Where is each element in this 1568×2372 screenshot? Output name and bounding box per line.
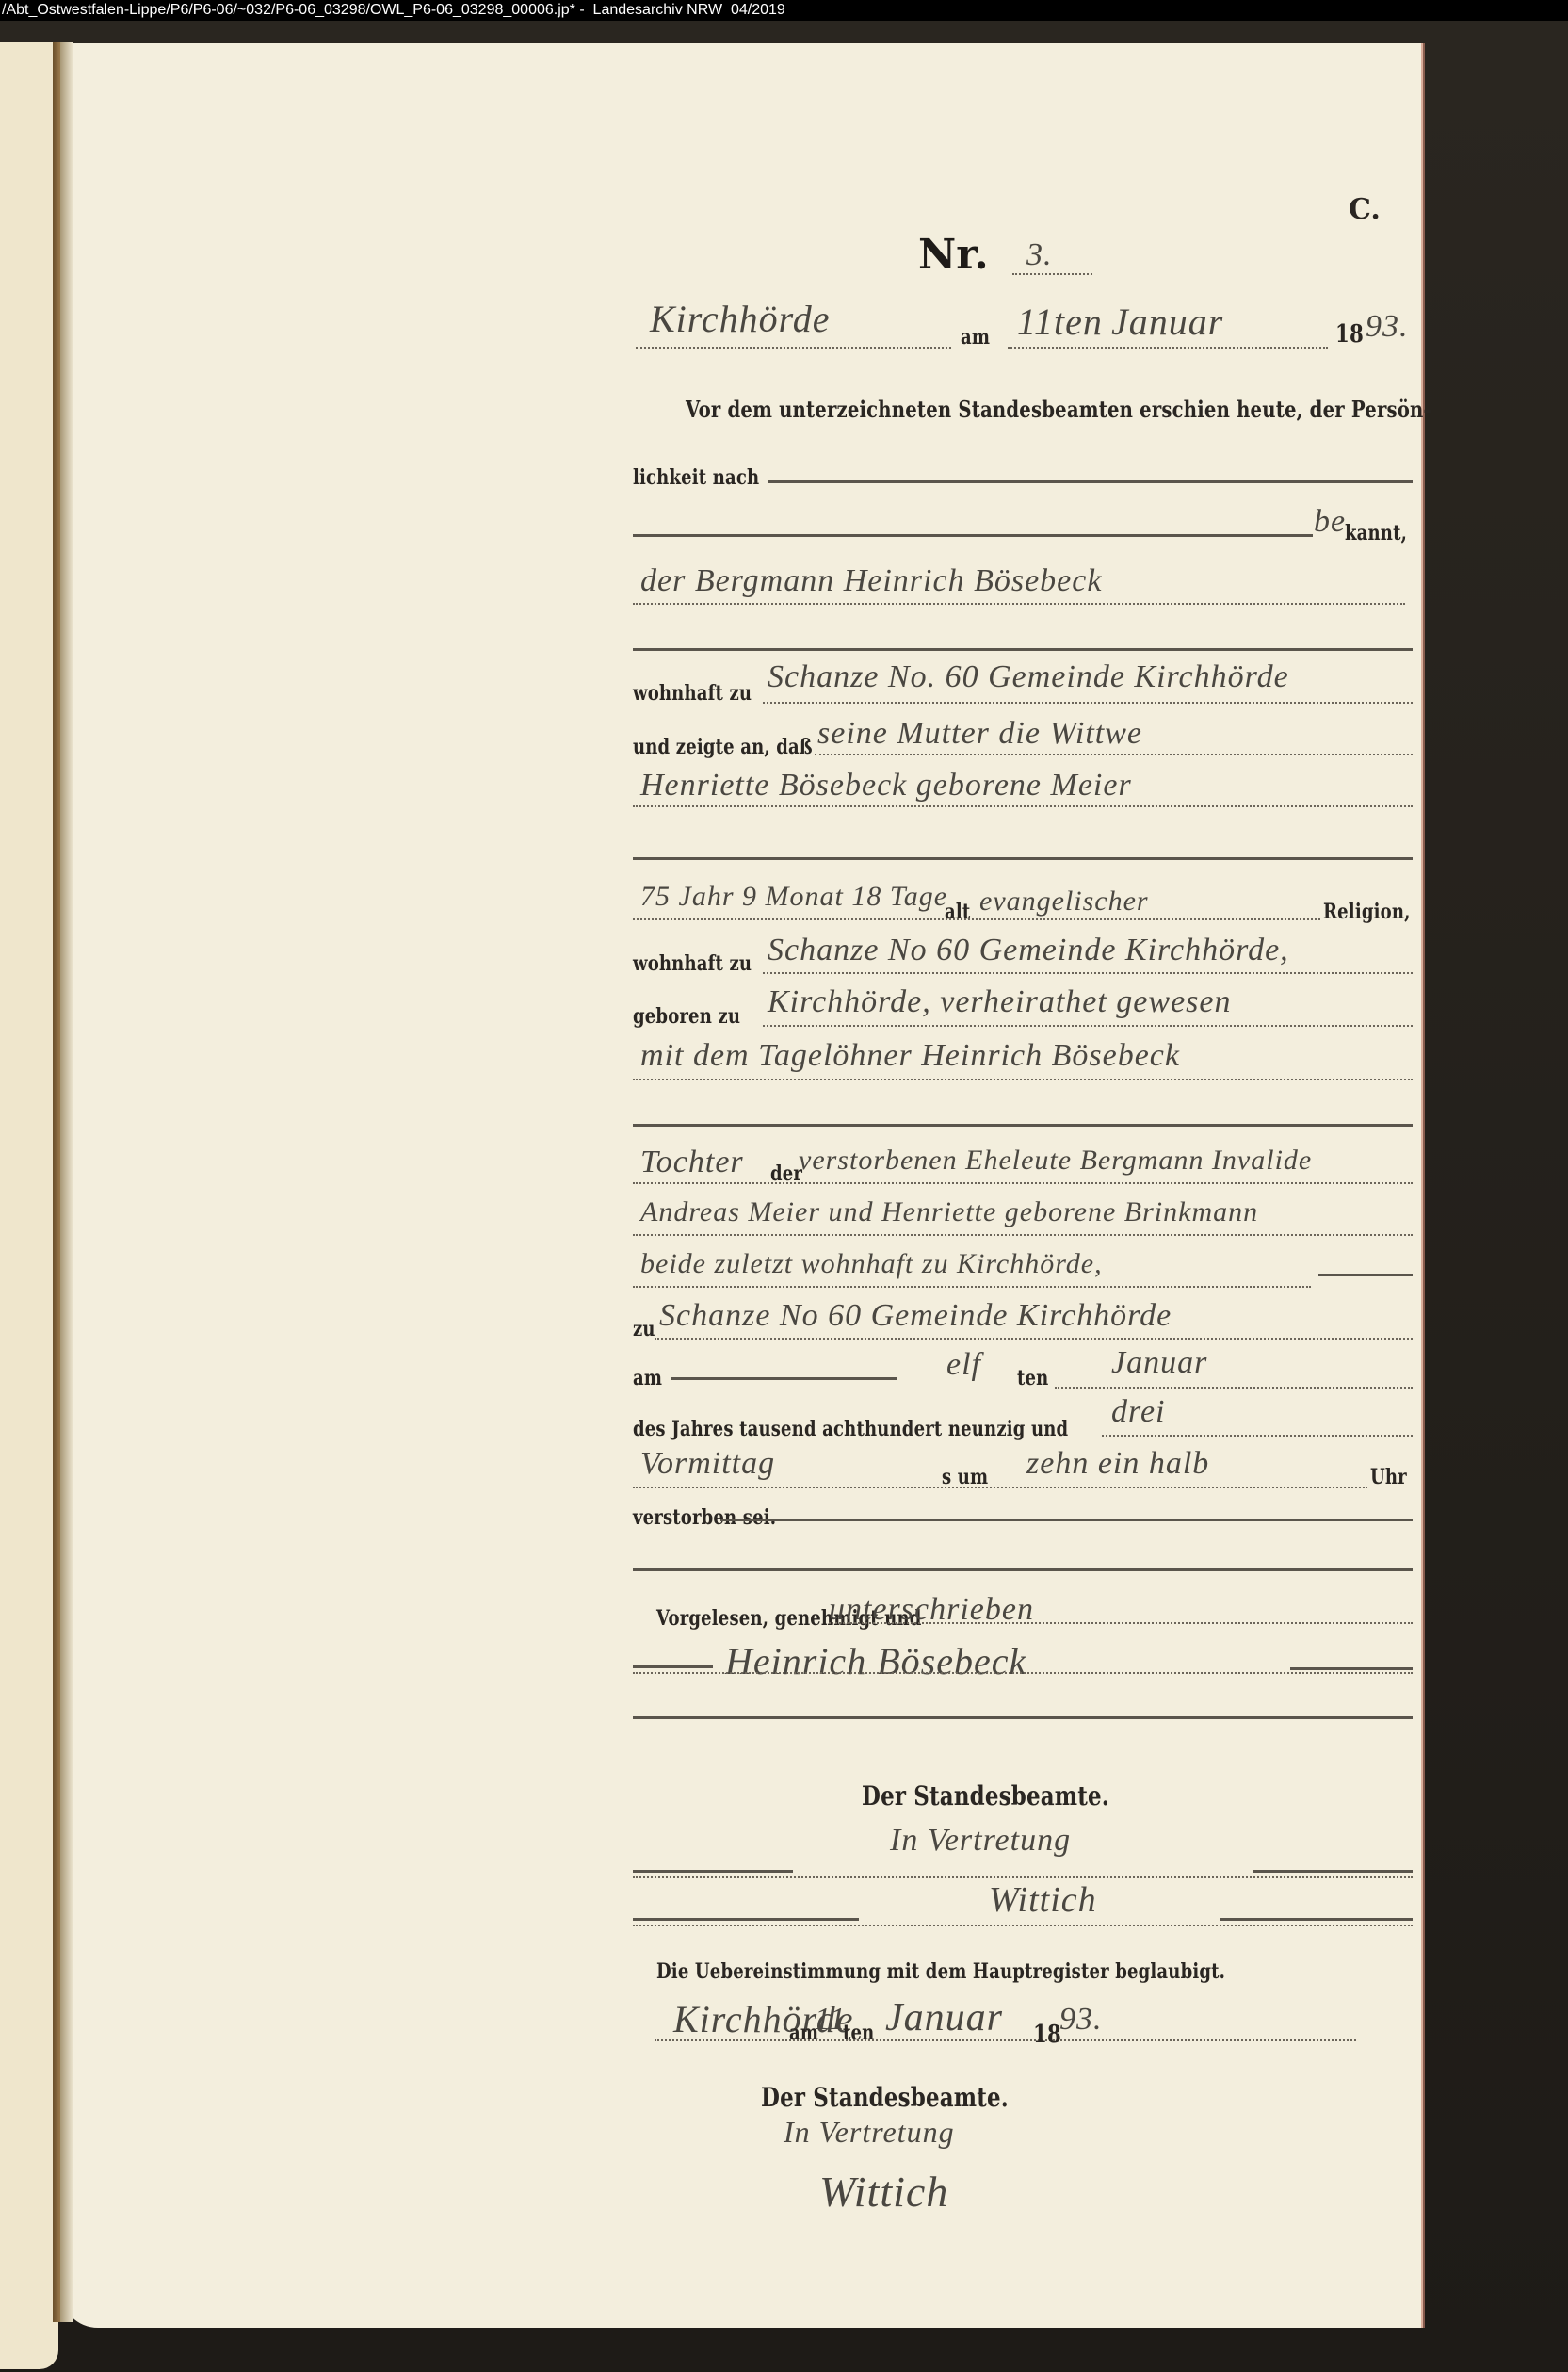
time-rule xyxy=(633,1487,1367,1488)
form-letter: C. xyxy=(1349,193,1381,226)
zeigte-rule xyxy=(815,754,1413,755)
registrar-sig-rule-right xyxy=(1220,1918,1413,1921)
religion-value: evangelischer xyxy=(979,885,1149,918)
vorgelesen-rule xyxy=(829,1622,1413,1624)
wohnhaft2-label: wohnhaft zu xyxy=(633,951,752,976)
wohnhaft2-rule xyxy=(763,972,1413,974)
document-content: C. Nr. 3. Kirchhörde am 11ten Januar 18 … xyxy=(0,0,1568,2372)
cert-year-suffix: 93. xyxy=(1059,2002,1103,2038)
parents-line-3: beide zuletzt wohnhaft zu Kirchhörde, xyxy=(640,1248,1103,1280)
death-year-rule xyxy=(1102,1435,1413,1437)
blank-rule-4 xyxy=(633,1568,1413,1571)
geboren-label: geboren zu xyxy=(633,1004,740,1029)
header-date-rule xyxy=(1008,347,1328,349)
married-value: mit dem Tagelöhner Heinrich Bösebeck xyxy=(640,1038,1180,1074)
parents-line-2: Andreas Meier und Henriette geborene Bri… xyxy=(640,1196,1258,1228)
wohnhaft-value: Schanze No. 60 Gemeinde Kirchhörde xyxy=(768,659,1289,695)
signature-rule-left xyxy=(633,1665,713,1668)
header-year-prefix: 18 xyxy=(1335,320,1364,349)
cert-year-prefix: 18 xyxy=(1033,2021,1061,2049)
married-rule xyxy=(633,1079,1413,1080)
death-place: Schanze No 60 Gemeinde Kirchhörde xyxy=(659,1298,1172,1334)
jahres-label: des Jahres tausend achthundert neunzig u… xyxy=(633,1417,1068,1441)
am-label: am xyxy=(633,1366,662,1390)
cert-vertretung: In Vertretung xyxy=(784,2115,955,2150)
informant-signature: Heinrich Bösebeck xyxy=(725,1639,1026,1683)
age-value: 75 Jahr 9 Monat 18 Tage xyxy=(640,881,947,913)
signature-rule-right xyxy=(1290,1667,1413,1670)
cert-signature: Wittich xyxy=(819,2167,948,2217)
time-of-day: Vormittag xyxy=(640,1446,775,1482)
header-month: Januar xyxy=(1111,300,1223,344)
death-month: Januar xyxy=(1111,1345,1207,1381)
geboren-rule xyxy=(763,1025,1413,1027)
deceased-name: Henriette Bösebeck geborene Meier xyxy=(640,768,1132,804)
certification-label: Die Uebereinstimmung mit dem Hauptregist… xyxy=(656,1959,1225,1984)
verstorben-label: verstorben sei. xyxy=(633,1505,776,1530)
alt-label: alt xyxy=(945,900,970,924)
registrar-sig-rule xyxy=(633,1925,1413,1926)
geboren-value: Kirchhörde, verheirathet gewesen xyxy=(768,984,1231,1020)
registrar-sig-rule-left xyxy=(633,1918,859,1921)
death-day: elf xyxy=(946,1347,981,1383)
signature-rule xyxy=(633,1672,1413,1674)
time-value: zehn ein halb xyxy=(1026,1446,1209,1482)
persoenlichkeit-label: lichkeit nach xyxy=(633,465,759,490)
parents-rule-1 xyxy=(633,1182,1413,1184)
registrar-rule-left xyxy=(633,1870,793,1873)
zeigte-label: und zeigte an, daß xyxy=(633,735,813,759)
informant-name: der Bergmann Heinrich Bösebeck xyxy=(640,563,1102,599)
intro-line-1: Vor dem unterzeichneten Standesbeamten e… xyxy=(686,396,1431,423)
parents-line-1: verstorbenen Eheleute Bergmann Invalide xyxy=(799,1145,1312,1177)
header-year-suffix: 93. xyxy=(1366,309,1409,345)
wohnhaft-label: wohnhaft zu xyxy=(633,681,752,706)
wohnhaft2-value: Schanze No 60 Gemeinde Kirchhörde, xyxy=(768,933,1289,968)
header-place: Kirchhörde xyxy=(650,297,830,341)
zeigte-value: seine Mutter die Wittwe xyxy=(817,716,1142,752)
bekannt-print: kannt, xyxy=(1345,521,1407,545)
uhr-label: Uhr xyxy=(1370,1465,1407,1489)
registrar-signature: Wittich xyxy=(989,1879,1097,1921)
record-number-value: 3. xyxy=(1026,237,1053,273)
death-year-word: drei xyxy=(1111,1394,1166,1430)
header-place-rule xyxy=(636,347,951,349)
informant-rule xyxy=(633,603,1405,605)
registrar-rule-right xyxy=(1253,1870,1413,1873)
am-rule xyxy=(671,1377,897,1380)
cert-date-rule xyxy=(655,2039,1356,2041)
parents-rule-3-fill xyxy=(1318,1274,1413,1276)
bekannt-rule xyxy=(633,534,1313,537)
cert-day: 11 xyxy=(815,2002,846,2038)
zu-label: zu xyxy=(633,1317,655,1341)
cert-ten-label: ten xyxy=(843,2021,874,2045)
verstorben-rule xyxy=(720,1519,1413,1521)
registrar-vertretung: In Vertretung xyxy=(890,1823,1071,1859)
religion-label: Religion, xyxy=(1323,900,1411,924)
deceased-rule xyxy=(633,805,1413,807)
death-place-rule xyxy=(655,1338,1413,1340)
registrar-rule xyxy=(633,1876,1413,1878)
cert-registrar-title: Der Standesbeamte. xyxy=(761,2082,1009,2113)
bekannt-hand: be xyxy=(1314,504,1346,540)
ten-label: ten xyxy=(1017,1366,1048,1390)
blank-rule-1 xyxy=(633,648,1413,651)
blank-rule-3 xyxy=(633,1124,1413,1127)
tochter-value: Tochter xyxy=(640,1145,744,1180)
blank-rule-2 xyxy=(633,857,1413,860)
persoenlichkeit-rule xyxy=(768,480,1413,483)
wohnhaft-rule xyxy=(763,702,1413,704)
parents-rule-2 xyxy=(633,1234,1413,1236)
header-am-label: am xyxy=(961,325,990,349)
header-day: 11ten xyxy=(1017,300,1103,344)
age-religion-rule xyxy=(633,918,1320,920)
record-number-label: Nr. xyxy=(918,231,989,279)
death-month-rule xyxy=(1055,1387,1413,1389)
blank-rule-5 xyxy=(633,1716,1413,1719)
number-rule xyxy=(1012,273,1092,275)
cert-month: Januar xyxy=(885,1995,1003,2040)
parents-rule-3 xyxy=(633,1286,1311,1288)
registrar-title: Der Standesbeamte. xyxy=(862,1780,1109,1811)
